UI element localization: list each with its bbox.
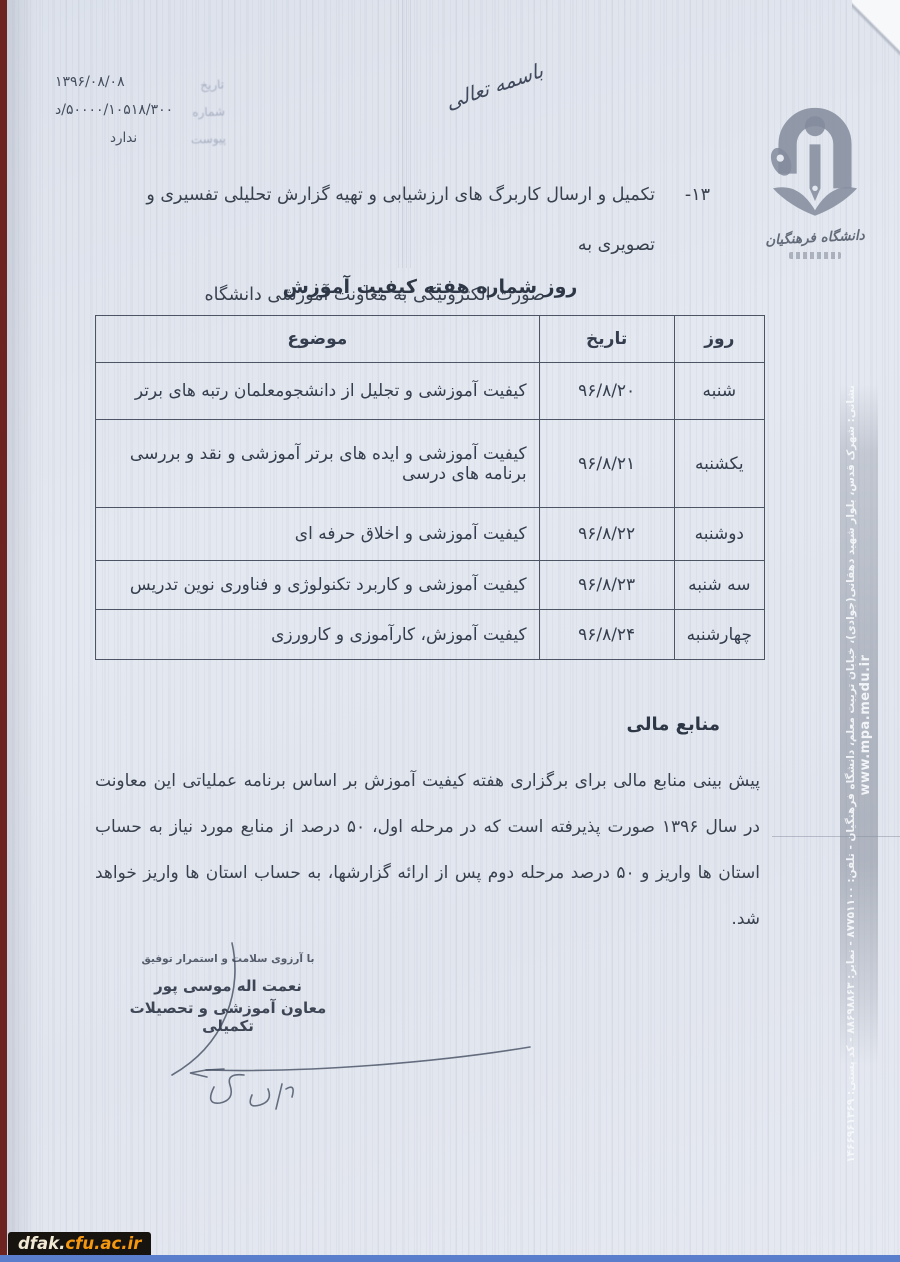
header-day: روز	[674, 316, 764, 363]
watermark-prefix: dfak.	[18, 1234, 65, 1253]
cell-date: ۹۶/۸/۲۳	[539, 561, 674, 610]
table-row: شنبه ۹۶/۸/۲۰ کیفیت آموزشی و تجلیل از دان…	[96, 363, 765, 420]
scanned-letter-page: تاریخ شماره پیوست ۱۳۹۶/۰۸/۰۸ د/۵۰۰۰۰/۱۰۵…	[0, 0, 900, 1262]
farhangian-emblem-icon	[751, 70, 879, 228]
scan-left-edge	[0, 0, 7, 1262]
table-row: سه شنبه ۹۶/۸/۲۳ کیفیت آموزشی و کاربرد تک…	[96, 561, 765, 610]
scan-left-shadow	[7, 0, 37, 1262]
letter-meta-block: تاریخ شماره پیوست ۱۳۹۶/۰۸/۰۸ د/۵۰۰۰۰/۱۰۵…	[55, 64, 255, 164]
signature-wish: با آرزوی سلامت و استمرار توفیق	[103, 953, 353, 965]
university-logo: دانشگاه فرهنگیان	[742, 70, 888, 259]
cell-subject: کیفیت آموزشی و تجلیل از دانشجومعلمان رتب…	[96, 363, 540, 420]
meta-values: ۱۳۹۶/۰۸/۰۸ د/۵۰۰۰۰/۱۰۵۱۸/۳۰۰ ندارد	[55, 68, 215, 152]
item-number: ۱۳-	[655, 170, 710, 270]
finance-paragraph: پیش بینی منابع مالی برای برگزاری هفته کی…	[95, 758, 760, 942]
letter-attachment: ندارد	[55, 124, 215, 152]
letter-date: ۱۳۹۶/۰۸/۰۸	[55, 68, 215, 96]
watermark-domain: cfu.ac.ir	[65, 1234, 141, 1253]
cell-subject: کیفیت آموزشی و کاربرد تکنولوژی و فناوری …	[96, 561, 540, 610]
logo-subtext-illegible	[789, 252, 841, 259]
cell-day: چهارشنبه	[674, 610, 764, 660]
page-corner-fold	[852, 0, 900, 60]
cell-date: ۹۶/۸/۲۰	[539, 363, 674, 420]
bismillah-calligraphy: باسمه تعالی	[444, 58, 545, 114]
address-sidebar: نشانی: شهرک قدس، بلوار شهید دهقانی(جوادی…	[840, 385, 878, 1065]
address-line: نشانی: شهرک قدس، بلوار شهید دهقانی(جوادی…	[845, 385, 857, 1065]
finance-heading: منابع مالی	[95, 714, 720, 735]
quality-week-table: روز تاریخ موضوع شنبه ۹۶/۸/۲۰ کیفیت آموزش…	[95, 315, 765, 660]
scan-bottom-edge	[0, 1255, 900, 1262]
cell-date: ۹۶/۸/۲۴	[539, 610, 674, 660]
item-text-line1: تکمیل و ارسال کاربرگ های ارزشیابی و تهیه…	[95, 170, 655, 270]
table-row: یکشنبه ۹۶/۸/۲۱ کیفیت آموزشی و ایده های ب…	[96, 420, 765, 508]
header-date: تاریخ	[539, 316, 674, 363]
signature-block: با آرزوی سلامت و استمرار توفیق نعمت اله …	[103, 953, 353, 1035]
table-header-row: روز تاریخ موضوع	[96, 316, 765, 363]
cell-date: ۹۶/۸/۲۲	[539, 508, 674, 561]
cell-day: دوشنبه	[674, 508, 764, 561]
signatory-name: نعمت اله موسی پور	[103, 977, 353, 995]
cell-date: ۹۶/۸/۲۱	[539, 420, 674, 508]
signatory-title: معاون آموزشی و تحصیلات تکمیلی	[103, 999, 353, 1035]
cell-subject: کیفیت آموزشی و ایده های برتر آموزشی و نق…	[96, 420, 540, 508]
table-row: چهارشنبه ۹۶/۸/۲۴ کیفیت آموزش، کارآموزی و…	[96, 610, 765, 660]
table-row: دوشنبه ۹۶/۸/۲۲ کیفیت آموزشی و اخلاق حرفه…	[96, 508, 765, 561]
cell-subject: کیفیت آموزشی و اخلاق حرفه ای	[96, 508, 540, 561]
letter-number: د/۵۰۰۰۰/۱۰۵۱۸/۳۰۰	[55, 96, 215, 124]
website-url: www.mpa.medu.ir	[858, 385, 873, 1065]
table-title: روز شماره هفته کیفیت آموزش	[95, 276, 765, 298]
address-rotated-text: نشانی: شهرک قدس، بلوار شهید دهقانی(جوادی…	[845, 385, 873, 1065]
header-subject: موضوع	[96, 316, 540, 363]
logo-caption: دانشگاه فرهنگیان	[742, 226, 889, 250]
paper-crease-line	[772, 836, 900, 837]
cell-day: سه شنبه	[674, 561, 764, 610]
cell-day: یکشنبه	[674, 420, 764, 508]
cell-day: شنبه	[674, 363, 764, 420]
cell-subject: کیفیت آموزش، کارآموزی و کارورزی	[96, 610, 540, 660]
